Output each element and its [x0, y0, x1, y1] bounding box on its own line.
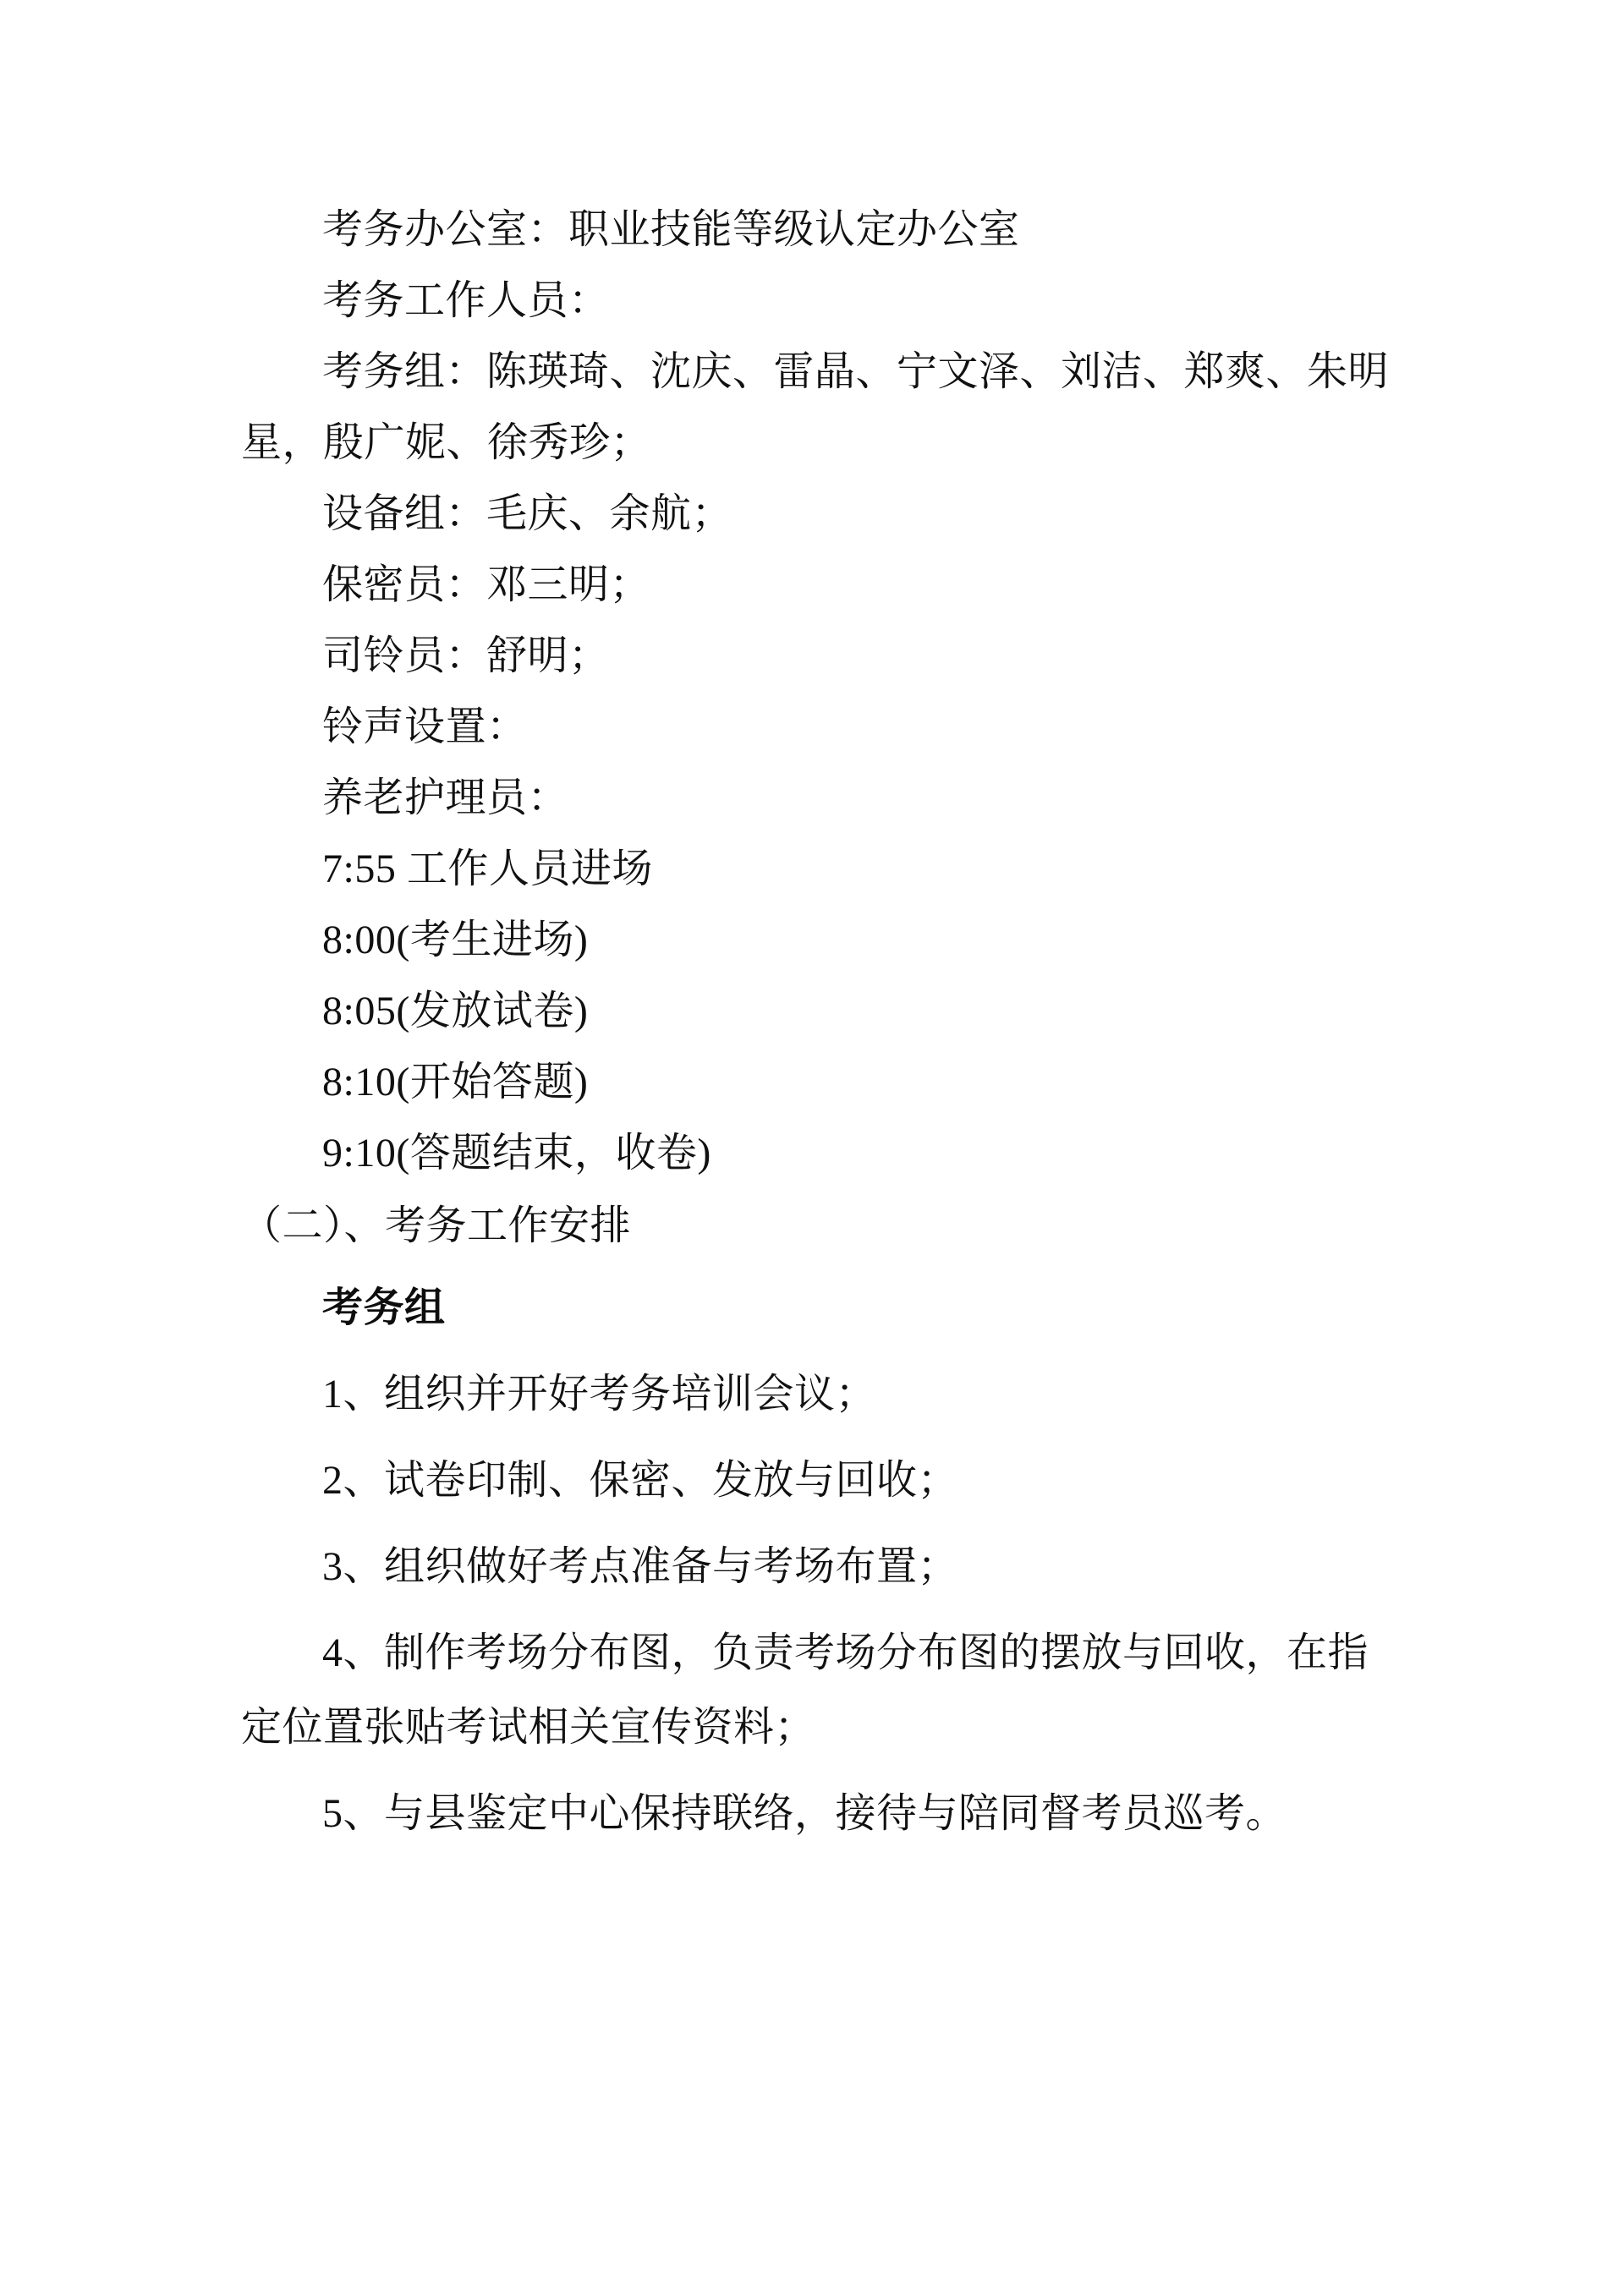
document-content: 考务办公室：职业技能等级认定办公室 考务工作人员： 考务组：陈瑛琦、沈庆、雷晶、… [241, 0, 1391, 1851]
schedule-line-paper-distribution: 8:05(发放试卷) [241, 976, 1391, 1047]
roster-line-bell-settings-label: 铃声设置： [241, 692, 1391, 763]
roster-line-exam-group: 考务组：陈瑛琦、沈庆、雷晶、宁文泽、刘洁、郑爽、朱明星，殷广妮、徐秀珍； [241, 337, 1391, 479]
section-heading: （二）、考务工作安排 [241, 1189, 1391, 1263]
schedule-line-start-answering: 8:10(开始答题) [241, 1047, 1391, 1118]
document-page: 考务办公室：职业技能等级认定办公室 考务工作人员： 考务组：陈瑛琦、沈庆、雷晶、… [0, 0, 1624, 2296]
roster-line-caregiver-label: 养老护理员： [241, 763, 1391, 834]
task-item-1: 1、组织并开好考务培训会议； [241, 1357, 1391, 1432]
schedule-line-staff-entry: 7:55 工作人员进场 [241, 834, 1391, 905]
task-item-2: 2、试卷印制、保密、发放与回收； [241, 1444, 1391, 1518]
task-item-4: 4、制作考场分布图，负责考场分布图的摆放与回收，在指定位置张贴考试相关宣传资料； [241, 1616, 1391, 1765]
roster-line-equipment-group: 设备组：毛庆、余航； [241, 479, 1391, 550]
subsection-heading: 考务组 [241, 1271, 1391, 1345]
task-item-5: 5、与县鉴定中心保持联络，接待与陪同督考员巡考。 [241, 1777, 1391, 1851]
schedule-line-candidate-entry: 8:00(考生进场) [241, 905, 1391, 976]
roster-line-bell-operator: 司铃员：舒明； [241, 621, 1391, 692]
roster-line-confidentiality-officer: 保密员：邓三明； [241, 550, 1391, 621]
roster-line-staff-label: 考务工作人员： [241, 266, 1391, 337]
schedule-line-end-collect: 9:10(答题结束，收卷) [241, 1118, 1391, 1189]
task-item-3: 3、组织做好考点准备与考场布置； [241, 1530, 1391, 1604]
roster-line-exam-office: 考务办公室：职业技能等级认定办公室 [241, 195, 1391, 266]
